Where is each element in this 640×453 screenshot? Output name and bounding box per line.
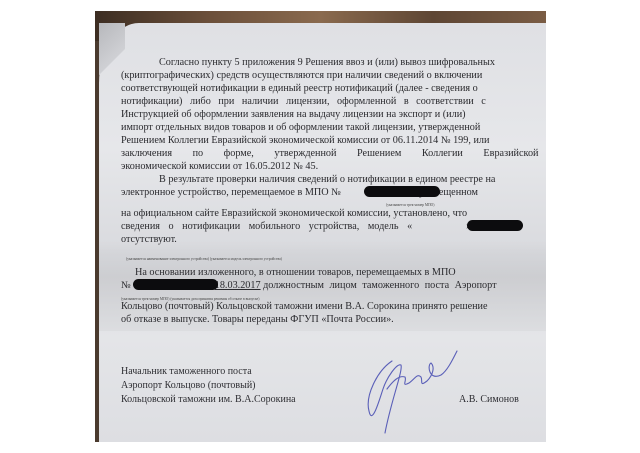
p3-line2-after: должностным лицом таможенного поста Аэро… [263, 280, 496, 291]
p1-line: импорт отдельных видов товаров и об офор… [121, 121, 480, 134]
handwritten-signature [357, 341, 467, 436]
signatory-title-line: Аэропорт Кольцово (почтовый) [121, 379, 296, 393]
decision-date: 18.03.2017 [215, 280, 261, 291]
signatory-title-line: Кольцовской таможни им. В.А.Сорокина [121, 393, 296, 407]
p1-line: экономической комиссии от 16.05.2012 № 4… [121, 160, 318, 173]
signatory-name: А.В. Симонов [459, 393, 519, 407]
redacted-device-model [467, 220, 523, 231]
p3-line: Кольцово (почтовый) Кольцовской таможни … [121, 300, 488, 313]
document-photo: Согласно пункту 5 приложения 9 Решения в… [95, 11, 546, 442]
redacted-track-number-2 [133, 279, 218, 290]
p1-line: Решением Коллегии Евразийской экономичес… [121, 134, 489, 147]
p2-line2-before: электронное устройство, перемещаемое в М… [121, 187, 341, 198]
p1-line: Инструкцией об оформлении заявления на в… [121, 108, 466, 121]
signatory-title-line: Начальник таможенного поста [121, 365, 296, 379]
p3-line: об отказе в выпуске. Товары переданы ФГУ… [121, 313, 394, 326]
p1-line: Согласно пункту 5 приложения 9 Решения в… [159, 56, 495, 69]
p2-line: на официальном сайте Евразийской экономи… [121, 207, 467, 220]
p1-line: соответствующей нотификации в единый рее… [121, 82, 478, 95]
signatory-title: Начальник таможенного поста Аэропорт Кол… [121, 365, 296, 407]
p1-line: заключения по форме, утвержденной Решени… [121, 147, 539, 160]
p1-line: (криптографических) средств осуществляют… [121, 69, 482, 82]
p2-line: сведения о нотификации мобильного устрой… [121, 220, 474, 233]
caption-device: (указывается наименование электронного у… [126, 253, 282, 266]
p3-line: На основании изложенного, в отношении то… [135, 266, 456, 279]
p2-line: отсутствуют. [121, 233, 177, 246]
p3-number-prefix: № [121, 280, 131, 291]
p1-line: нотификации) либо при наличии лицензии, … [121, 95, 486, 108]
p2-line4-before: сведения о нотификации мобильного устрой… [121, 221, 412, 232]
paper-sheet: Согласно пункту 5 приложения 9 Решения в… [99, 23, 546, 442]
p2-line: В результате проверки наличия сведений о… [159, 173, 495, 186]
redacted-track-number [364, 186, 440, 197]
